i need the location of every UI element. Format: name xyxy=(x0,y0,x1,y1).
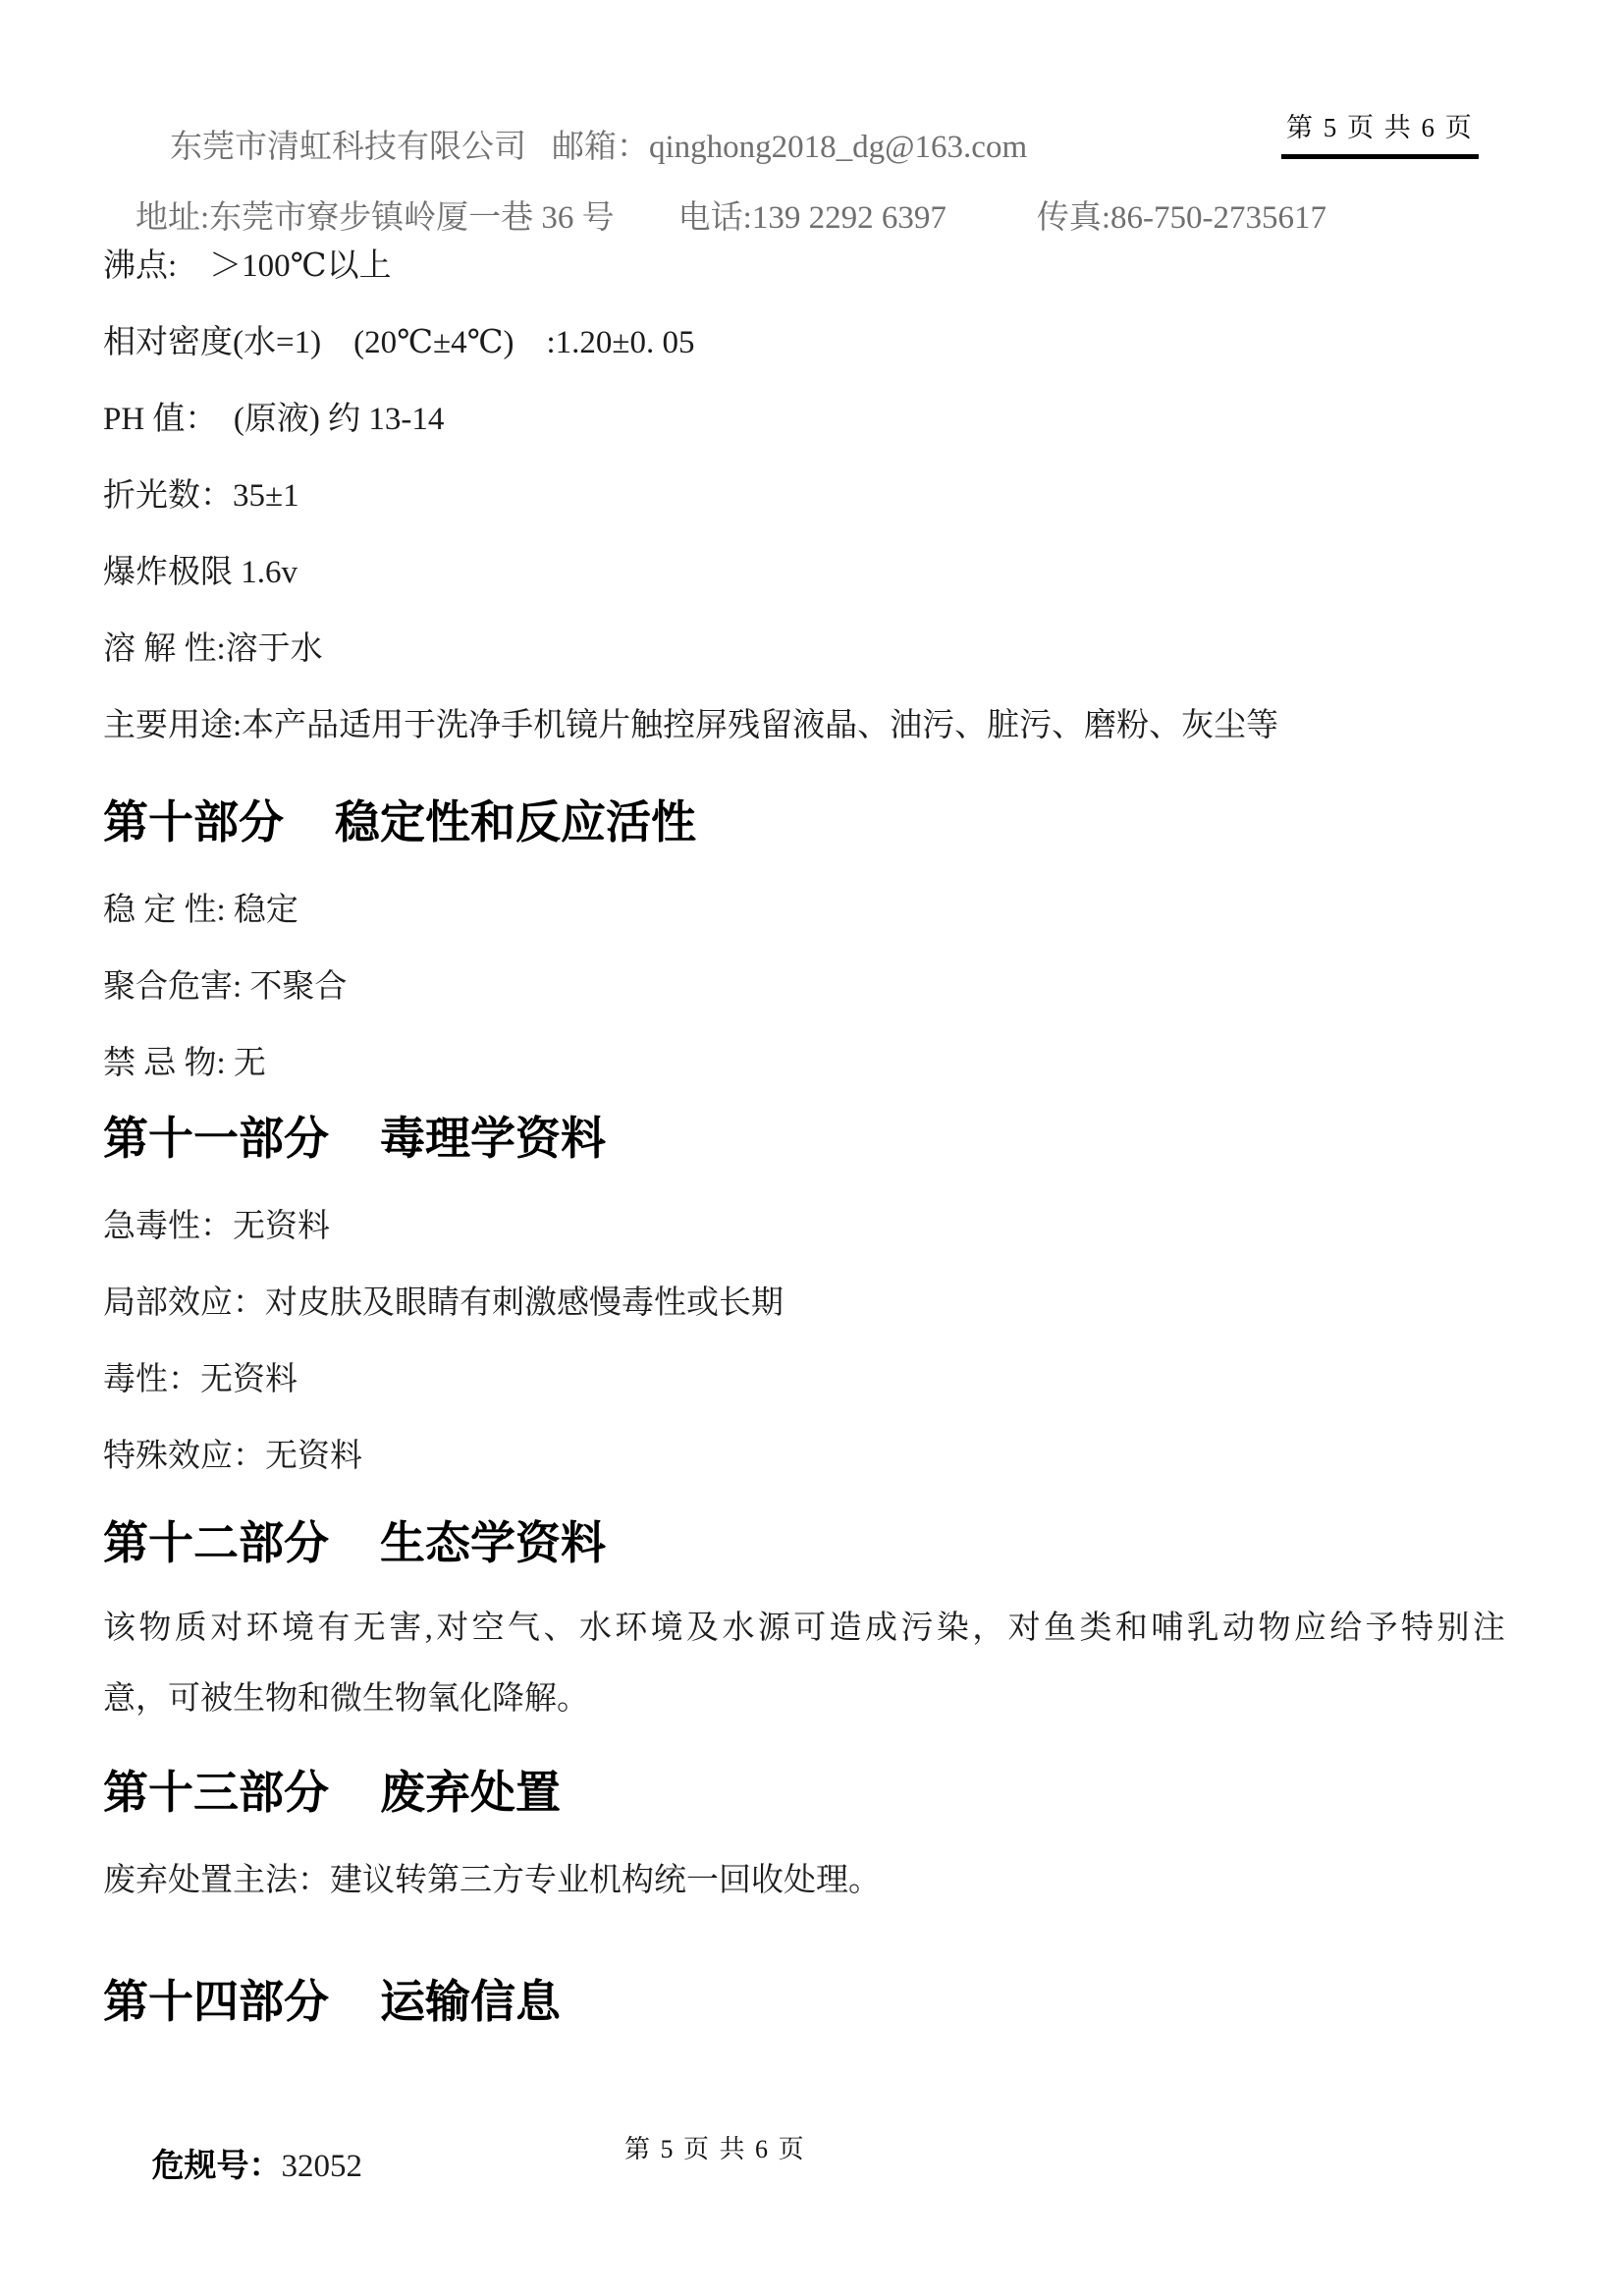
section-12-title: 生态学资料 xyxy=(380,1514,606,1573)
section-10-title: 稳定性和反应活性 xyxy=(335,793,696,852)
section-11-heading: 第十一部分毒理学资料 xyxy=(103,1110,1551,1169)
ecology-paragraph: 该物质对环境有无害,对空气、水环境及水源可造成污染，对鱼类和哺乳动物应给予特别注… xyxy=(103,1593,1551,1734)
incompatibility-line: 禁 忌 物: 无 xyxy=(103,1025,1551,1102)
ph-value-line: PH 值： (原液) 约 13-14 xyxy=(103,381,1551,458)
section-14-title: 运输信息 xyxy=(380,1973,561,2032)
main-use-line: 主要用途:本产品适用于洗净手机镜片触控屏残留液晶、油污、脏污、磨粉、灰尘等 xyxy=(103,687,1551,764)
section-12-heading: 第十二部分生态学资料 xyxy=(103,1514,1551,1573)
solubility-line: 溶 解 性:溶于水 xyxy=(103,611,1551,687)
dangerous-goods-number-line: 危规号：32052 xyxy=(103,2051,1551,2128)
dangerous-goods-number-value: 32052 xyxy=(282,2149,363,2184)
section-11-title: 毒理学资料 xyxy=(380,1110,606,1169)
polymerization-hazard-line: 聚合危害: 不聚合 xyxy=(103,949,1551,1025)
section-10-heading: 第十部分稳定性和反应活性 xyxy=(103,793,1551,852)
ecology-paragraph-line-2: 意，可被生物和微生物氧化降解。 xyxy=(103,1664,1551,1734)
acute-toxicity-line: 急毒性：无资料 xyxy=(103,1188,1551,1265)
explosion-limit-line: 爆炸极限 1.6v xyxy=(103,534,1551,611)
toxicity-line: 毒性：无资料 xyxy=(103,1341,1551,1418)
section-13-title: 废弃处置 xyxy=(380,1764,561,1823)
section-13-number: 第十三部分 xyxy=(103,1764,329,1823)
ecology-paragraph-line-1: 该物质对环境有无害,对空气、水环境及水源可造成污染，对鱼类和哺乳动物应给予特别注 xyxy=(103,1593,1551,1664)
page-marker-top: 第 5 页 共 6 页 xyxy=(1281,106,1479,159)
section-12-number: 第十二部分 xyxy=(103,1514,329,1573)
page-number-footer: 第 5 页 共 6 页 xyxy=(624,2129,806,2165)
section-13-heading: 第十三部分废弃处置 xyxy=(103,1764,1551,1823)
document-body: 沸点: ＞100℃以上 相对密度(水=1) (20℃±4℃) :1.20±0. … xyxy=(103,228,1551,2128)
stability-line: 稳 定 性: 稳定 xyxy=(103,872,1551,949)
section-10-number: 第十部分 xyxy=(103,793,284,852)
local-effects-line: 局部效应：对皮肤及眼睛有刺激感慢毒性或长期 xyxy=(103,1265,1551,1341)
section-14-number: 第十四部分 xyxy=(103,1973,329,2032)
boiling-point-line: 沸点: ＞100℃以上 xyxy=(103,228,1551,304)
document-page: 东莞市清虹科技有限公司邮箱：qinghong2018_dg@163.com 第 … xyxy=(0,0,1623,2296)
special-effects-line: 特殊效应：无资料 xyxy=(103,1418,1551,1495)
disposal-method-line: 废弃处置主法：建议转第三方专业机构统一回收处理。 xyxy=(103,1842,1551,1919)
section-14-heading: 第十四部分运输信息 xyxy=(103,1973,1551,2032)
section-11-number: 第十一部分 xyxy=(103,1110,329,1169)
relative-density-line: 相对密度(水=1) (20℃±4℃) :1.20±0. 05 xyxy=(103,304,1551,381)
refraction-index-line: 折光数：35±1 xyxy=(103,458,1551,534)
dangerous-goods-number-label: 危规号： xyxy=(152,2149,282,2184)
